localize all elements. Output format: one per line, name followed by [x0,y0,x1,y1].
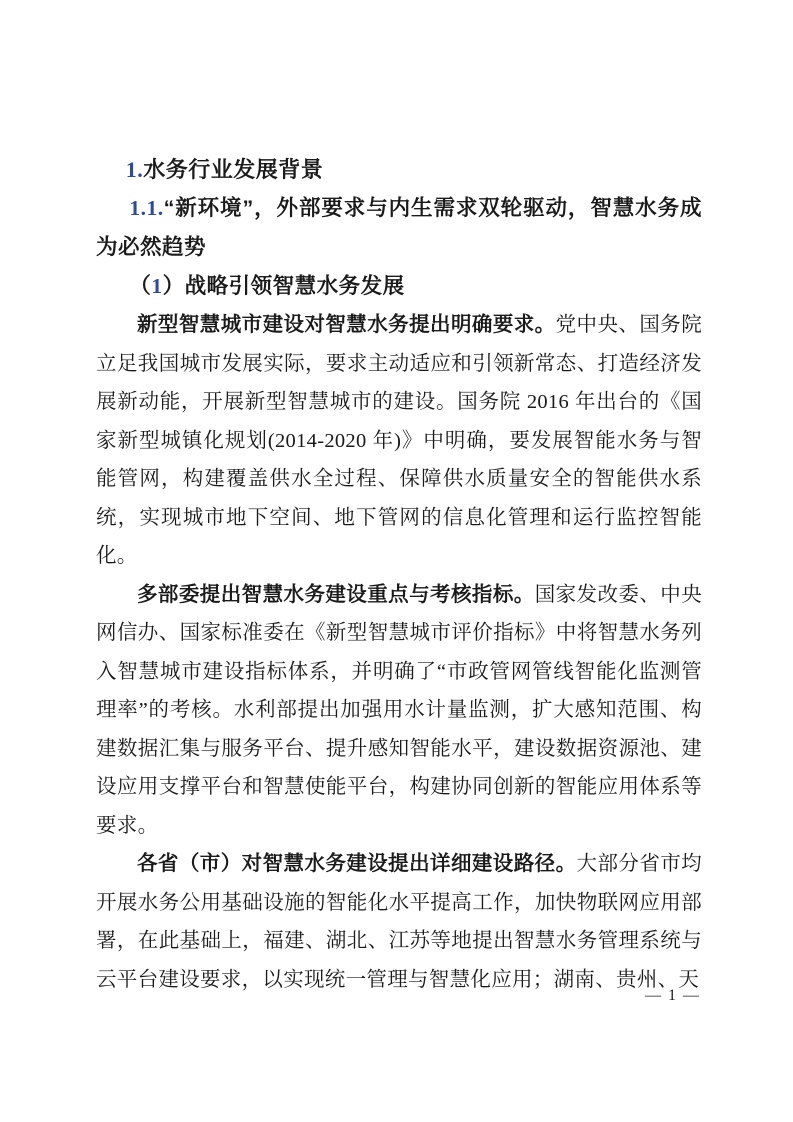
paragraph-1-lead: 新型智慧城市建设对智慧水务提出明确要求。 [137,313,556,336]
subsection-heading-1-paren-open: （ [129,274,151,298]
subsection-heading-1-text: 战略引领智慧水务发展 [185,274,405,298]
subsection-heading-1-number: 1 [151,274,162,298]
page-number-right-dash: — [683,987,699,1004]
paragraph-2: 多部委提出智慧水务建设重点与考核指标。国家发改委、中央网信办、国家标准委在《新型… [96,576,702,846]
section-heading-1-text: 水务行业发展背景 [143,157,323,182]
document-content: 1.水务行业发展背景 1.1.“新环境”，外部要求与内生需求双轮驱动，智慧水务成… [96,150,702,999]
paragraph-2-lead: 多部委提出智慧水务建设重点与考核指标。 [137,583,535,606]
paragraph-3: 各省（市）对智慧水务建设提出详细建设路径。大部分省市均开展水务公用基础设施的智能… [96,845,702,999]
section-heading-1-number: 1. [126,157,144,182]
section-heading-1-1-number: 1.1. [129,196,163,220]
section-heading-1-1: 1.1.“新环境”，外部要求与内生需求双轮驱动，智慧水务成为必然趋势 [96,189,702,267]
paragraph-1: 新型智慧城市建设对智慧水务提出明确要求。党中央、国务院立足我国城市发展实际，要求… [96,306,702,576]
paragraph-3-lead: 各省（市）对智慧水务建设提出详细建设路径。 [137,852,577,875]
subsection-heading-1-paren-close: ） [163,274,185,298]
subsection-heading-1: （1）战略引领智慧水务发展 [96,267,702,306]
paragraph-2-body: 国家发改委、中央网信办、国家标准委在《新型智慧城市评价指标》中将智慧水务列入智慧… [96,584,702,837]
section-heading-1-1-text: “新环境”，外部要求与内生需求双轮驱动，智慧水务成为必然趋势 [96,196,702,259]
document-page: 1.水务行业发展背景 1.1.“新环境”，外部要求与内生需求双轮驱动，智慧水务成… [0,0,793,1122]
page-number: —1— [645,986,699,1006]
section-heading-1: 1.水务行业发展背景 [96,150,702,189]
page-number-left-dash: — [645,987,661,1004]
paragraph-1-body: 党中央、国务院立足我国城市发展实际，要求主动适应和引领新常态、打造经济发展新动能… [96,314,702,567]
page-number-value: 1 [668,987,676,1004]
